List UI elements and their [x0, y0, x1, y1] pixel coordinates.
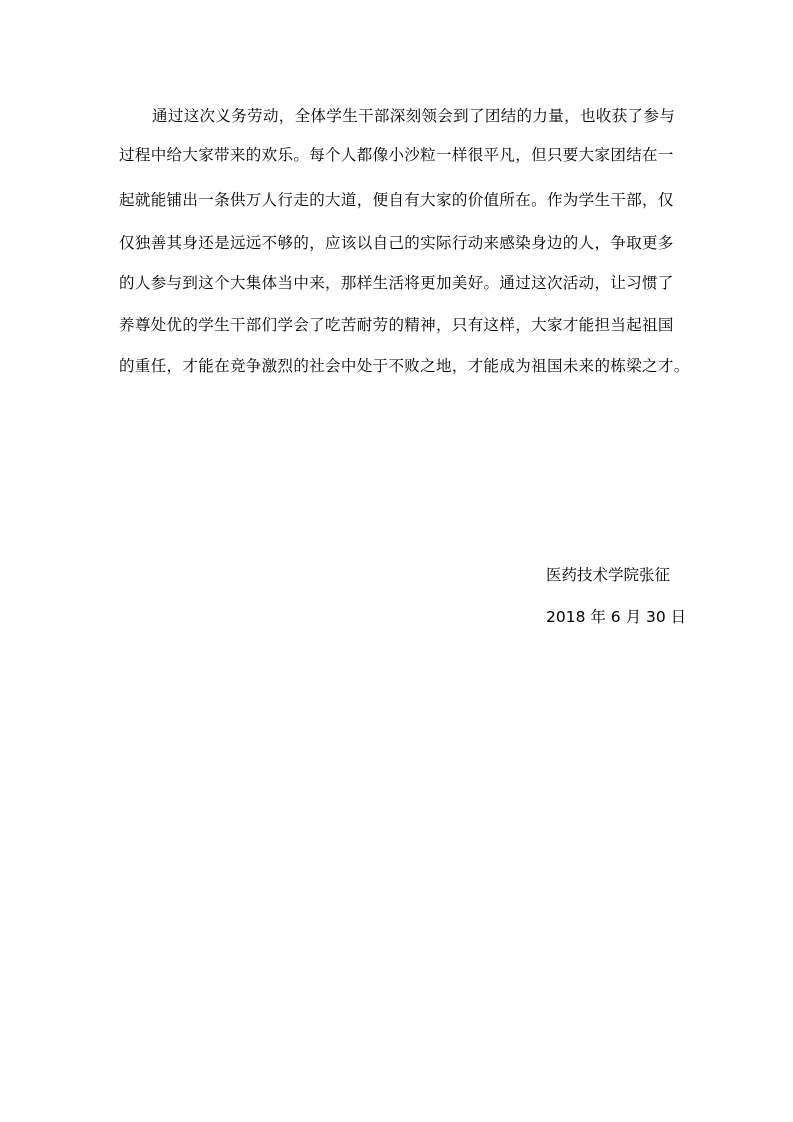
paragraph-line-5: 的人参与到这个大集体当中来，那样生活将更加美好。通过这次活动，让习惯了 — [119, 273, 679, 293]
document-date: 2018 年 6 月 30 日 — [546, 607, 686, 627]
paragraph-line-6: 养尊处优的学生干部们学会了吃苦耐劳的精神，只有这样，大家才能担当起祖国 — [119, 315, 679, 335]
document-page: 通过这次义务劳动，全体学生干部深刻领会到了团结的力量，也收获了参与 过程中给大家… — [0, 0, 793, 1122]
paragraph-line-2: 过程中给大家带来的欢乐。每个人都像小沙粒一样很平凡，但只要大家团结在一 — [119, 145, 679, 165]
paragraph-line-3: 起就能铺出一条供万人行走的大道，便自有大家的价值所在。作为学生干部，仅 — [119, 190, 679, 210]
author-signature: 医药技术学院张征 — [546, 565, 670, 585]
paragraph-line-4: 仅独善其身还是远远不够的，应该以自己的实际行动来感染身边的人，争取更多 — [119, 233, 679, 253]
paragraph-line-1: 通过这次义务劳动，全体学生干部深刻领会到了团结的力量，也收获了参与 — [152, 106, 679, 126]
paragraph-line-7: 的重任，才能在竞争激烈的社会中处于不败之地，才能成为祖国未来的栋梁之才。 — [119, 356, 679, 376]
